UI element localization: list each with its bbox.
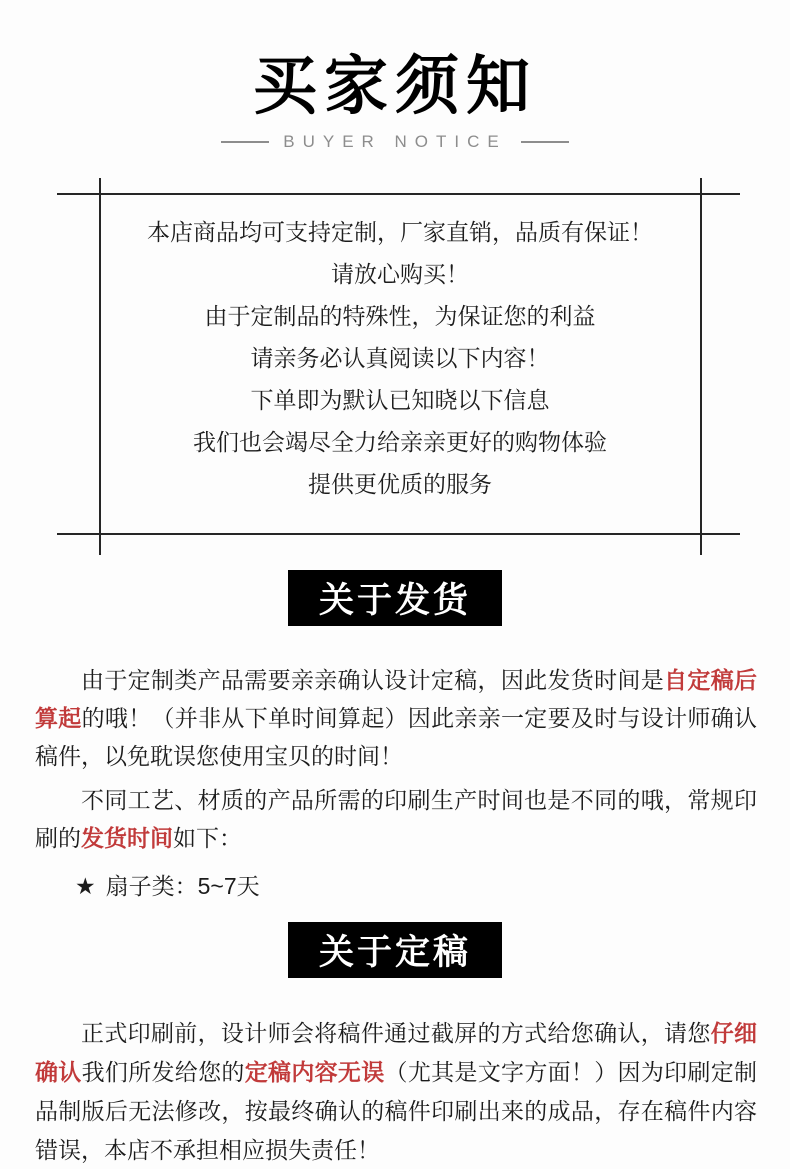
text-run: 我们所发给您的 <box>82 1059 245 1085</box>
bullet-text: 扇子类：5~7天 <box>106 873 260 899</box>
page-header: 买家须知 BUYER NOTICE <box>0 0 790 152</box>
frame-line-bottom <box>57 533 740 535</box>
notice-line: 请放心购买！ <box>110 253 690 295</box>
frame-line-right <box>700 178 702 555</box>
shipping-paragraph-2: 不同工艺、材质的产品所需的印刷生产时间也是不同的哦，常规印刷的发货时间如下： <box>35 781 757 857</box>
buyer-notice-page: 买家须知 BUYER NOTICE 本店商品均可支持定制，厂家直销，品质有保证！… <box>0 0 790 1169</box>
text-run: 的哦！（并非从下单时间算起）因此亲亲一定要及时与设计师确认稿件，以免耽误您使用宝… <box>35 705 757 769</box>
notice-line: 下单即为默认已知晓以下信息 <box>110 379 690 421</box>
text-run: 如下： <box>173 825 242 851</box>
notice-line: 提供更优质的服务 <box>110 463 690 505</box>
notice-line: 我们也会竭尽全力给亲亲更好的购物体验 <box>110 421 690 463</box>
shipping-paragraph-1: 由于定制类产品需要亲亲确认设计定稿，因此发货时间是自定稿后算起的哦！（并非从下单… <box>35 661 757 775</box>
notice-line: 本店商品均可支持定制，厂家直销，品质有保证！ <box>110 211 690 253</box>
finalize-paragraph-1: 正式印刷前，设计师会将稿件通过截屏的方式给您确认，请您仔细确认我们所发给您的定稿… <box>35 1014 757 1169</box>
finalize-section-banner: 关于定稿 <box>288 922 502 978</box>
notice-line: 由于定制品的特殊性，为保证您的利益 <box>110 295 690 337</box>
notice-box-content: 本店商品均可支持定制，厂家直销，品质有保证！ 请放心购买！ 由于定制品的特殊性，… <box>110 211 690 505</box>
highlighted-text: 发货时间 <box>81 825 173 851</box>
frame-line-top <box>57 193 740 195</box>
shipping-bullet-item: ★扇子类：5~7天 <box>35 867 757 905</box>
star-icon: ★ <box>75 873 96 899</box>
text-run: 由于定制类产品需要亲亲确认设计定稿，因此发货时间是 <box>81 667 664 693</box>
notice-frame: 本店商品均可支持定制，厂家直销，品质有保证！ 请放心购买！ 由于定制品的特殊性，… <box>0 178 790 555</box>
notice-line: 请亲务必认真阅读以下内容！ <box>110 337 690 379</box>
page-subtitle: BUYER NOTICE <box>0 132 790 152</box>
highlighted-text: 定稿内容无误 <box>245 1059 385 1085</box>
subtitle-dash-right <box>521 141 569 143</box>
shipping-section-banner: 关于发货 <box>288 570 502 626</box>
page-title: 买家须知 <box>0 50 790 124</box>
subtitle-dash-left <box>221 141 269 143</box>
text-run: 正式印刷前，设计师会将稿件通过截屏的方式给您确认，请您 <box>81 1020 711 1046</box>
subtitle-text: BUYER NOTICE <box>283 132 507 152</box>
frame-line-left <box>99 178 101 555</box>
finalize-section-body: 正式印刷前，设计师会将稿件通过截屏的方式给您确认，请您仔细确认我们所发给您的定稿… <box>35 1014 757 1169</box>
shipping-section-body: 由于定制类产品需要亲亲确认设计定稿，因此发货时间是自定稿后算起的哦！（并非从下单… <box>35 661 757 905</box>
